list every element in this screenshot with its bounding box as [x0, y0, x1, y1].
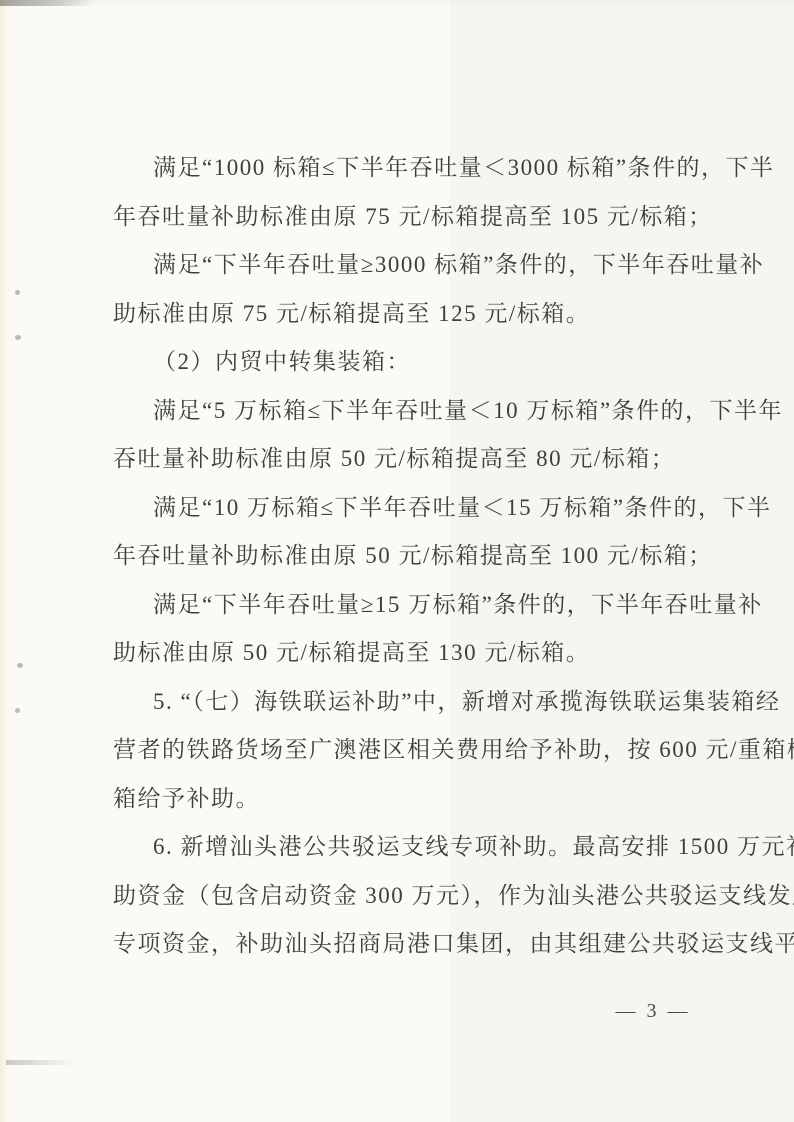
text-line: （2）内贸中转集装箱：: [113, 338, 719, 387]
page-number: — 3 —: [593, 1000, 713, 1023]
document-page: { "page": { "background_color": "#fbfaf5…: [0, 0, 794, 1122]
text-line: 年吞吐量补助标准由原 50 元/标箱提高至 100 元/标箱；: [113, 532, 719, 581]
scan-smudge-top-left: [0, 0, 96, 6]
text-line: 专项资金，补助汕头招商局港口集团，由其组建公共驳运支线平台。: [113, 920, 719, 969]
text-line: 助标准由原 75 元/标箱提高至 125 元/标箱。: [113, 290, 719, 339]
text-line: 箱给予补助。: [113, 775, 719, 824]
scan-smudge-bottom-left: [6, 1060, 76, 1065]
document-text-block: 满足“1000 标箱≤下半年吞吐量＜3000 标箱”条件的，下半 年吞吐量补助标…: [113, 144, 719, 969]
text-line: 满足“下半年吞吐量≥3000 标箱”条件的，下半年吞吐量补: [113, 241, 719, 290]
text-line: 满足“下半年吞吐量≥15 万标箱”条件的，下半年吞吐量补: [113, 581, 719, 630]
text-line: 满足“5 万标箱≤下半年吞吐量＜10 万标箱”条件的，下半年: [113, 387, 719, 436]
scan-speck: [15, 335, 21, 340]
text-line: 助资金（包含启动资金 300 万元），作为汕头港公共驳运支线发展: [113, 872, 719, 921]
text-line: 营者的铁路货场至广澳港区相关费用给予补助，按 600 元/重箱标: [113, 726, 719, 775]
text-line: 满足“10 万标箱≤下半年吞吐量＜15 万标箱”条件的，下半: [113, 484, 719, 533]
text-line: 5. “（七）海铁联运补助”中，新增对承揽海铁联运集装箱经: [113, 678, 719, 727]
text-line: 吞吐量补助标准由原 50 元/标箱提高至 80 元/标箱；: [113, 435, 719, 484]
text-line: 6. 新增汕头港公共驳运支线专项补助。最高安排 1500 万元补: [113, 823, 719, 872]
text-line: 年吞吐量补助标准由原 75 元/标箱提高至 105 元/标箱；: [113, 193, 719, 242]
scan-speck: [15, 708, 20, 713]
text-line: 满足“1000 标箱≤下半年吞吐量＜3000 标箱”条件的，下半: [113, 144, 719, 193]
text-line: 助标准由原 50 元/标箱提高至 130 元/标箱。: [113, 629, 719, 678]
scan-speck: [17, 663, 23, 668]
scan-speck: [15, 290, 20, 295]
